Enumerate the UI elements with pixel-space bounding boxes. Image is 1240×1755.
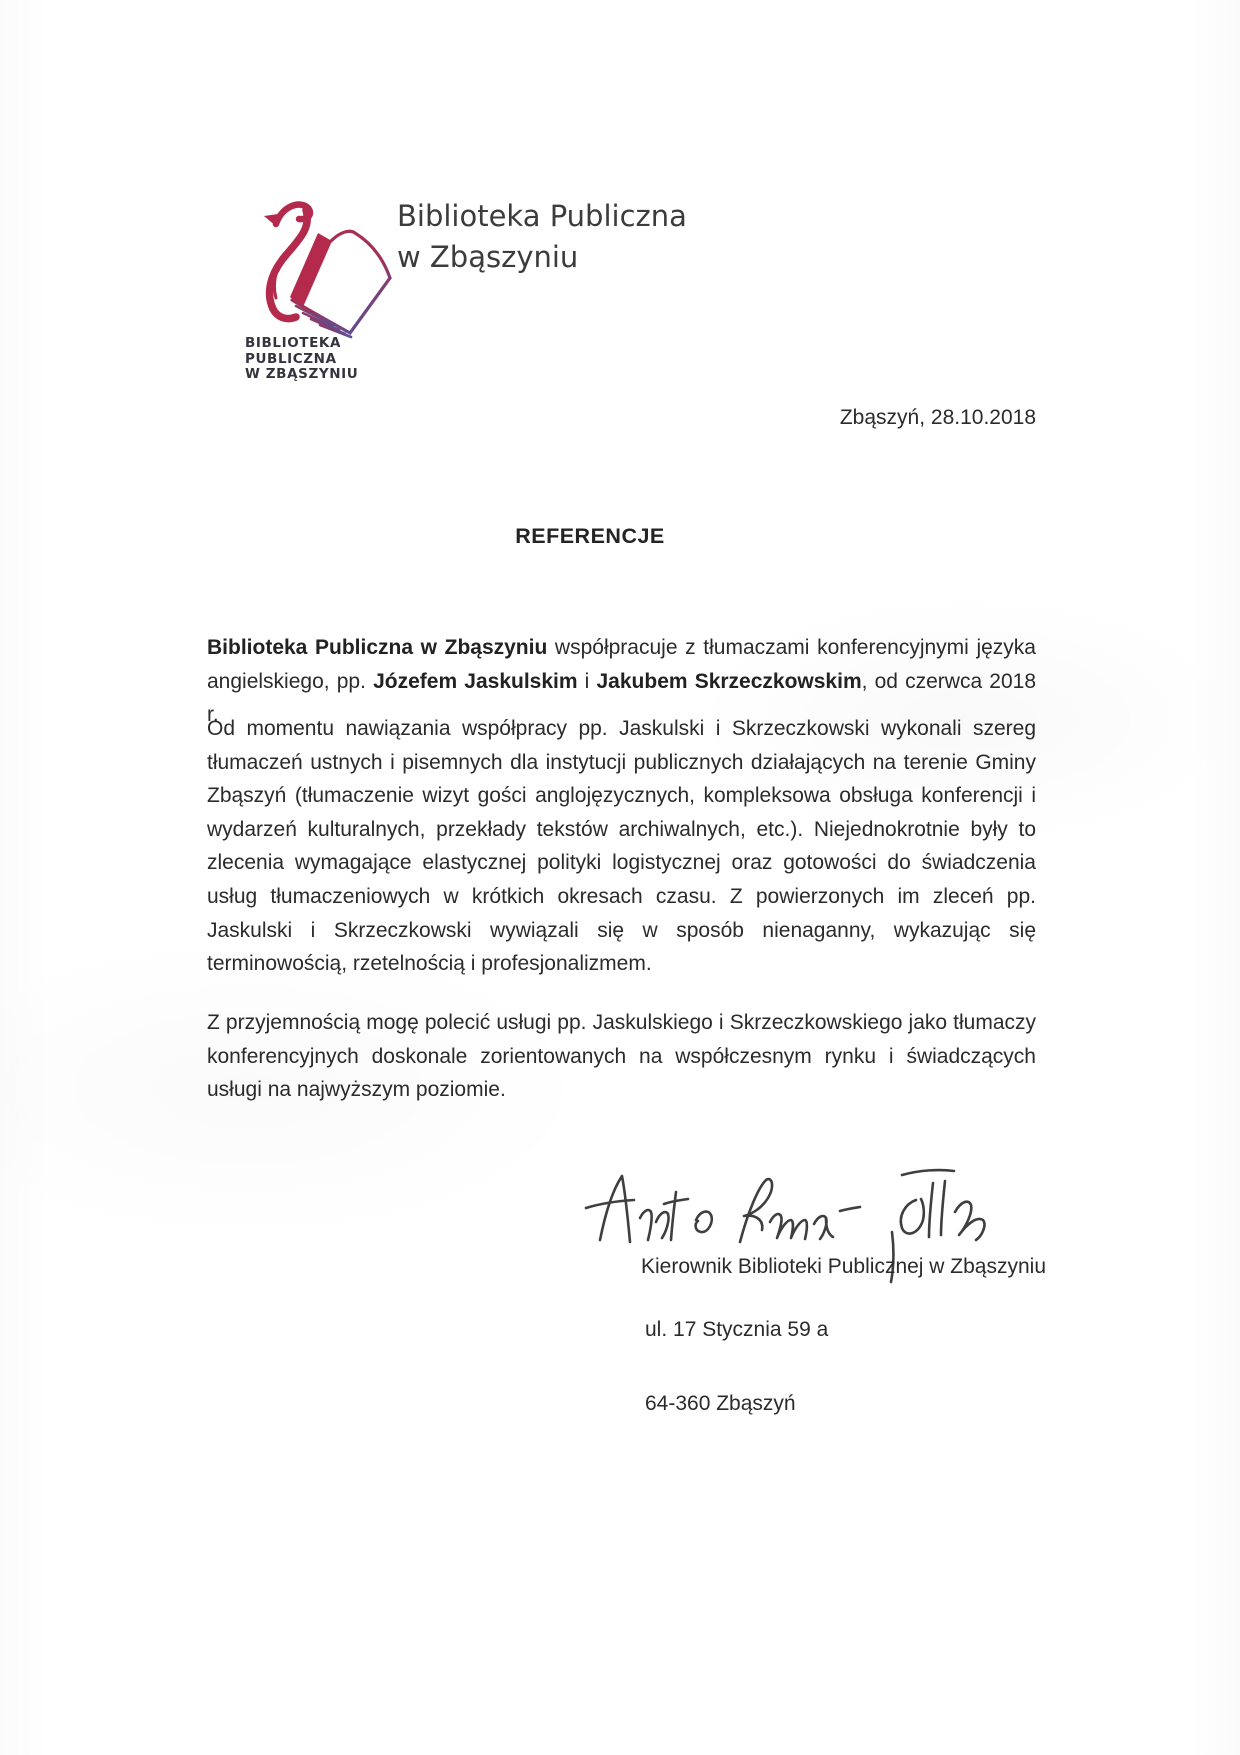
document-title: REFERENCJE bbox=[170, 524, 1010, 549]
library-swan-book-logo-icon bbox=[226, 184, 396, 342]
book-page-edges bbox=[296, 306, 351, 337]
logo-caption-line1: BIBLIOTEKA bbox=[245, 336, 358, 352]
signer-title: Kierownik Biblioteki Publicznej w Zbąszy… bbox=[641, 1255, 1046, 1279]
paragraph-intro-text2: i bbox=[578, 670, 597, 693]
translator-name-2: Jakubem Skrzeczkowskim bbox=[597, 670, 862, 693]
paragraph-recommendation: Z przyjemnością mogę polecić usługi pp. … bbox=[207, 1006, 1036, 1107]
translator-name-1: Józefem Jaskulskim bbox=[373, 670, 577, 693]
scanned-reference-letter: BIBLIOTEKA PUBLICZNA W ZBĄSZYNIU Bibliot… bbox=[0, 0, 1240, 1755]
swan-beak bbox=[264, 214, 278, 227]
address-street: ul. 17 Stycznia 59 a bbox=[645, 1318, 828, 1342]
logo-caption-line3: W ZBĄSZYNIU bbox=[245, 367, 358, 383]
organization-name-line2: w Zbąszyniu bbox=[397, 237, 687, 278]
address-city: 64-360 Zbąszyń bbox=[645, 1392, 796, 1416]
logo-caption: BIBLIOTEKA PUBLICZNA W ZBĄSZYNIU bbox=[245, 336, 358, 383]
organization-name: Biblioteka Publiczna w Zbąszyniu bbox=[397, 196, 687, 278]
dateline: Zbąszyń, 28.10.2018 bbox=[600, 406, 1036, 430]
logo-caption-line2: PUBLICZNA bbox=[245, 352, 358, 368]
paragraph-main: Od momentu nawiązania współpracy pp. Jas… bbox=[207, 712, 1036, 981]
organization-name-line1: Biblioteka Publiczna bbox=[397, 196, 687, 237]
org-name-bold: Biblioteka Publiczna w Zbąszyniu bbox=[207, 636, 547, 659]
